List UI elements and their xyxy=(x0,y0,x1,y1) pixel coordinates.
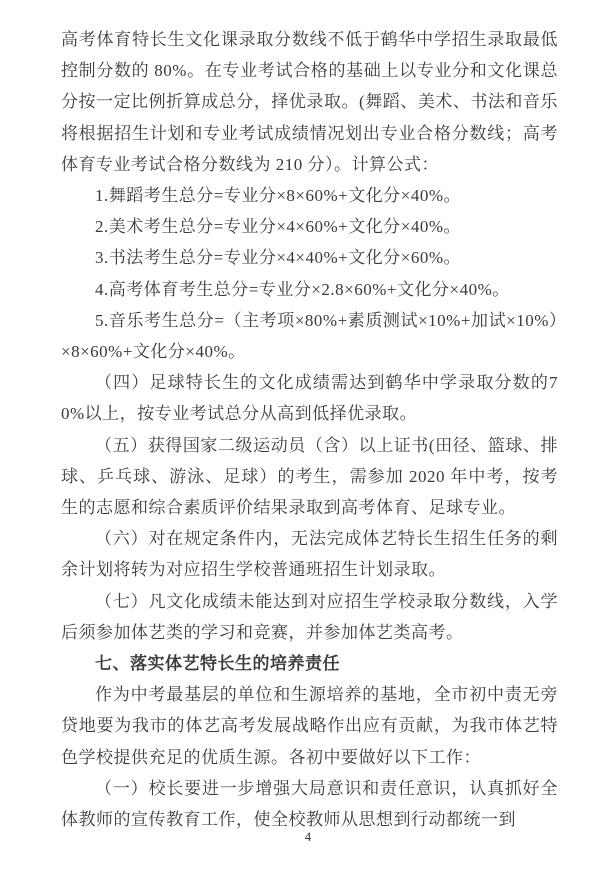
document-body: 高考体育特长生文化课录取分数线不低于鹤华中学招生录取最低控制分数的 80%。在专… xyxy=(61,24,558,835)
formula-calligraphy-score: 3.书法考生总分=专业分×4×40%+文化分×60%。 xyxy=(61,242,558,273)
paragraph-item-four-football: （四）足球特长生的文化成绩需达到鹤华中学录取分数的70%以上，按专业考试总分从高… xyxy=(61,367,558,429)
paragraph-item-seven-culture-score: （七）凡文化成绩未能达到对应招生学校录取分数线，入学后须参加体艺类的学习和竞赛，… xyxy=(61,586,558,648)
formula-art-score: 2.美术考生总分=专业分×4×60%+文化分×40%。 xyxy=(61,211,558,242)
paragraph-item-one-principal: （一）校长要进一步增强大局意识和责任意识，认真抓好全体教师的宣传教育工作，使全校… xyxy=(61,773,558,835)
paragraph-item-five-athlete-cert: （五）获得国家二级运动员（含）以上证书(田径、篮球、排球、乒乓球、游泳、足球）的… xyxy=(61,430,558,524)
formula-dance-score: 1.舞蹈考生总分=专业分×8×60%+文化分×40%。 xyxy=(61,180,558,211)
paragraph-admission-line-rule: 高考体育特长生文化课录取分数线不低于鹤华中学招生录取最低控制分数的 80%。在专… xyxy=(61,24,558,180)
page-number: 4 xyxy=(0,830,616,845)
paragraph-item-six-remaining-plan: （六）对在规定条件内，无法完成体艺特长生招生任务的剩余计划将转为对应招生学校普通… xyxy=(61,523,558,585)
formula-pe-score: 4.高考体育考生总分=专业分×2.8×60%+文化分×40%。 xyxy=(61,274,558,305)
section-heading-seven-training-responsibility: 七、落实体艺特长生的培养责任 xyxy=(61,648,558,679)
document-page: 高考体育特长生文化课录取分数线不低于鹤华中学招生录取最低控制分数的 80%。在专… xyxy=(0,0,616,879)
formula-music-score: 5.音乐考生总分=（主考项×80%+素质测试×10%+加试×10%）×8×60%… xyxy=(61,305,558,367)
paragraph-training-base: 作为中考最基层的单位和生源培养的基地，全市初中责无旁贷地要为我市的体艺高考发展战… xyxy=(61,679,558,773)
